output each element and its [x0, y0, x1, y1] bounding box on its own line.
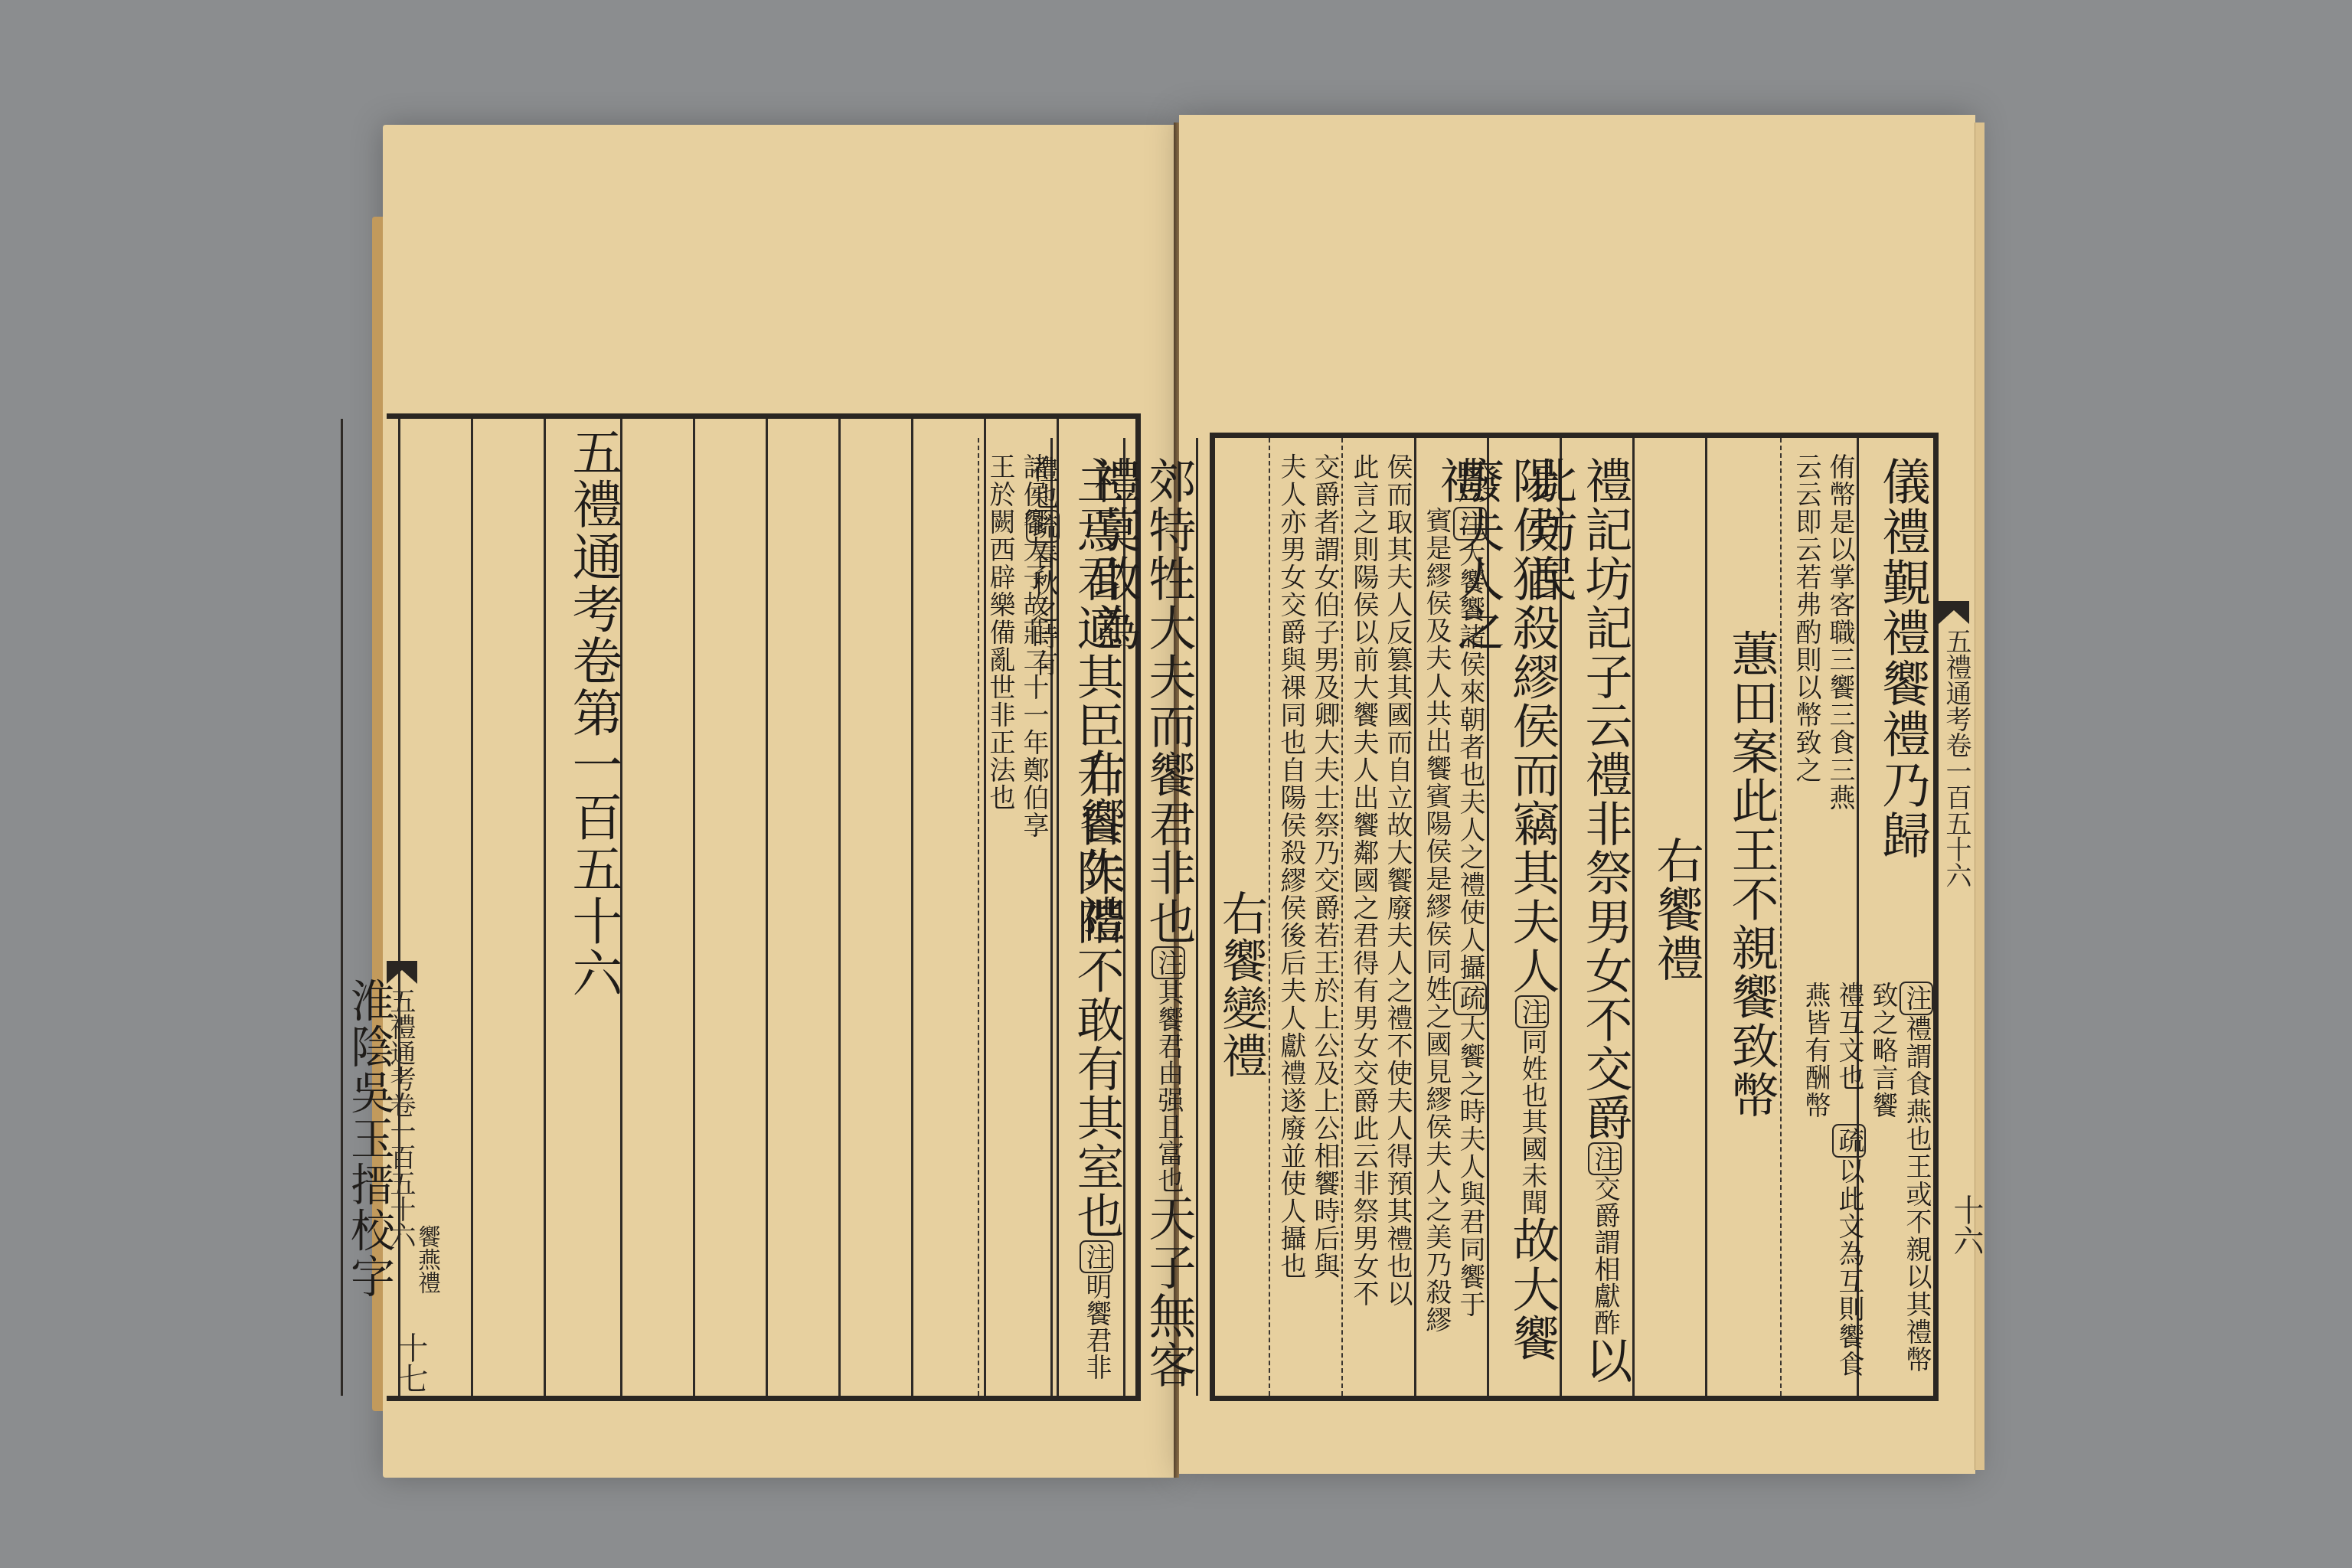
left-page-number: 十七: [389, 1332, 433, 1393]
column-main-text: 郊特牲大夫而饗君非也注其饗君由强且富也天子無客禮莫敢為: [1123, 438, 1196, 1396]
commentary-line: 交爵者謂女伯子男及卿大夫士祭乃交爵若王於上公及上公相饗時后與: [1308, 438, 1341, 1396]
column-volume-title: 五禮通考卷第一百五十六: [544, 419, 620, 1396]
volume-title-text: 五禮通考卷第一百五十六: [565, 419, 620, 1396]
annotation-block: 注大饗饗諸侯來朝者也夫人之禮使人攝疏大饗之時夫人與君同饗于 賓是繆侯及夫人共出饗…: [1414, 507, 1487, 1387]
annotation-zhu-marker: 注: [1151, 946, 1185, 979]
commentary-line: 此言之則陽侯以前大饗夫人出饗鄰國之君得有男女交爵此云非祭男女不: [1347, 438, 1380, 1396]
column-section-end: 右饗禮: [1632, 438, 1705, 1396]
column-main-text: 禮記坊記子云禮非祭男女不交爵注交爵謂相獻酢以此坊民: [1560, 438, 1632, 1396]
column-blank: [838, 419, 911, 1396]
column-blank: [471, 419, 544, 1396]
annotation-line: 禮謂食燕也王或不親以其禮幣致之略言饗: [1867, 982, 1932, 1374]
commentary-line: 夫人亦男女交爵與祼同也自陽侯殺繆侯後后夫人獻禮遂廢並使人攝也: [1274, 438, 1308, 1396]
annotation-block: 注禮謂食燕也王或不親以其禮幣致之略言饗 禮互文也 疏以此文為互則饗食燕皆有酬幣: [1857, 966, 1933, 1395]
right-banxin-title: 五禮通考卷一百五十六: [1942, 628, 1970, 888]
commentary-line: 云云即云若弗酌則以幣致之: [1789, 438, 1823, 1396]
main-text: 陽侯猶殺繆侯而竊其夫人: [1504, 456, 1560, 995]
column-blank: [693, 419, 766, 1396]
annotation-line: 賓是繆侯及夫人共出饗賓陽侯是繆侯同姓之國見繆侯夫人之美乃殺繆: [1419, 507, 1453, 1387]
main-text: 郊特牲大夫而饗君非也: [1141, 456, 1197, 946]
left-banxin-section: 饗燕禮: [413, 1225, 439, 1294]
column-blank: [766, 419, 838, 1396]
column-commentary: 侯而取其夫人反篡其國而自立故大饗廢夫人之禮不使夫人得預其禮也以 此言之則陽侯以前…: [1341, 438, 1414, 1396]
column-commentary: 諸侯饗大子故莊二十一年鄭伯享 王於闕西辟樂備亂世非正法也: [978, 438, 1050, 1396]
column-main-text: 主焉君適其臣升自阼階不敢有其室也注明饗君非禮也疏春秋之時有: [1050, 438, 1123, 1396]
main-text: 主焉君適其臣升自阼階不敢有其室也: [1069, 456, 1125, 1240]
column-proofreader: 淮陰吳玉搢校字: [341, 419, 398, 1396]
commentary-line: 王於闕西辟樂備亂世非正法也: [983, 438, 1017, 1396]
annotation-zhu-marker: 注: [1588, 1142, 1622, 1175]
annotation-zhu-marker: 注: [1515, 995, 1549, 1028]
column-blank: [911, 419, 984, 1396]
column-commentary: 侑幣是以掌客職三饗三食三燕 云云即云若弗酌則以幣致之: [1780, 438, 1857, 1396]
section-end-text: 右饗變禮: [1214, 438, 1269, 1396]
proofreader-credit: 淮陰吳玉搢校字: [340, 419, 398, 1396]
commentary-line: 侑幣是以掌客職三饗三食三燕: [1823, 438, 1857, 1396]
author-note-text: 蕙田案此王不親饗致幣: [1722, 438, 1780, 1396]
commentary-line: 侯而取其夫人反篡其國而自立故大饗廢夫人之禮不使夫人得預其禮也以: [1380, 438, 1414, 1396]
column-main-text: 陽侯猶殺繆侯而竊其夫人注同姓也其國未聞故大饗廢夫人之: [1487, 438, 1560, 1396]
column-section-end: 右饗變禮: [1196, 438, 1269, 1396]
column-commentary: 交爵者謂女伯子男及卿大夫士祭乃交爵若王於上公及上公相饗時后與 夫人亦男女交爵與祼…: [1269, 438, 1341, 1396]
annotation-zhu-marker: 注: [1900, 982, 1933, 1015]
column-author-note: 蕙田案此王不親饗致幣: [1705, 438, 1780, 1396]
section-end-text: 右饗禮: [1647, 438, 1705, 1396]
annotation-zhu-marker: 注: [1080, 1240, 1113, 1273]
commentary-line: 諸侯饗大子故莊二十一年鄭伯享: [1017, 438, 1050, 1396]
right-page-number: 十六: [1945, 1194, 1988, 1256]
annotation-shu-marker: 疏: [1453, 982, 1487, 1015]
left-banxin-title: 五禮通考卷一百五十六: [387, 988, 414, 1248]
annotation-zhu-marker: 注: [1453, 507, 1487, 541]
column-blank: [620, 419, 693, 1396]
right-page-frame: 儀禮覲禮饗禮乃歸 注禮謂食燕也王或不親以其禮幣致之略言饗 禮互文也 疏以此文為互…: [1210, 433, 1939, 1401]
main-text: 禮記坊記子云禮非祭男女不交爵: [1577, 456, 1633, 1142]
